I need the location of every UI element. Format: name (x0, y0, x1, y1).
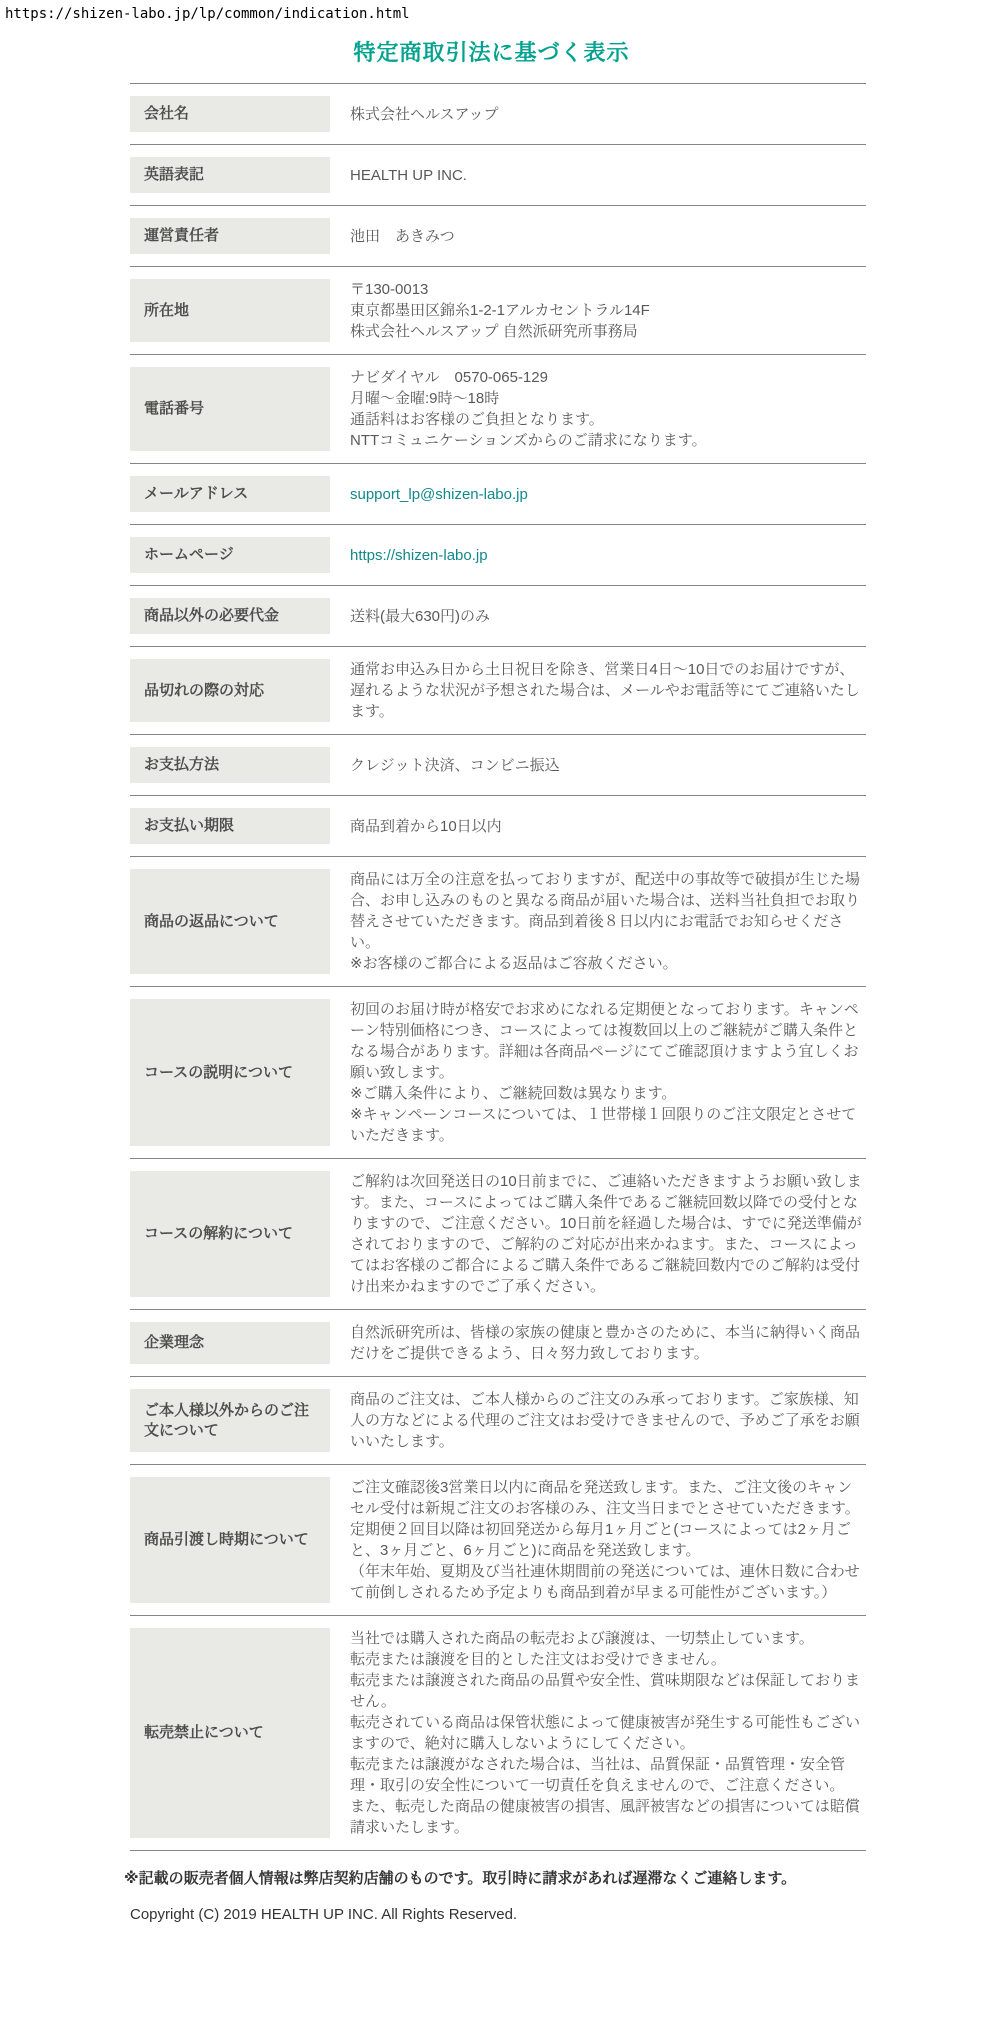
out-of-stock-value: 通常お申込み日から土日祝日を除き、営業日4日〜10日でのお届けですが、遅れるよう… (350, 659, 862, 722)
company-name-value: 株式会社ヘルスアップ (350, 104, 499, 125)
table-row-payment-method: お支払方法 クレジット決済、コンビニ振込 (130, 734, 866, 795)
row-label: 会社名 (130, 96, 330, 132)
row-value: 池田 あきみつ (330, 218, 866, 254)
row-value: 自然派研究所は、皆様の家族の健康と豊かさのために、本当に納得いく商品だけをご提供… (330, 1322, 866, 1364)
row-value: 商品のご注文は、ご本人様からのご注文のみ承っております。ご家族様、知人の方などに… (330, 1389, 866, 1452)
row-label: メールアドレス (130, 476, 330, 512)
row-value: HEALTH UP INC. (330, 157, 866, 193)
row-value: 当社では購入された商品の転売および譲渡は、一切禁止しています。 転売または譲渡を… (330, 1628, 866, 1838)
table-row-third-party-orders: ご本人様以外からのご注文について 商品のご注文は、ご本人様からのご注文のみ承って… (130, 1376, 866, 1464)
row-value: 初回のお届け時が格安でお求めになれる定期便となっております。キャンペーン特別価格… (330, 999, 866, 1146)
row-label: 英語表記 (130, 157, 330, 193)
english-name-value: HEALTH UP INC. (350, 165, 467, 186)
email-link[interactable]: support_lp@shizen-labo.jp (350, 484, 528, 505)
row-value: 商品には万全の注意を払っておりますが、配送中の事故等で破損が生じた場合、お申し込… (330, 869, 866, 974)
table-row-corporate-philosophy: 企業理念 自然派研究所は、皆様の家族の健康と豊かさのために、本当に納得いく商品だ… (130, 1309, 866, 1376)
row-label: コースの説明について (130, 999, 330, 1146)
row-label: 企業理念 (130, 1322, 330, 1364)
row-label: ご本人様以外からのご注文について (130, 1389, 330, 1452)
row-value: クレジット決済、コンビニ振込 (330, 747, 866, 783)
row-label: ホームページ (130, 537, 330, 573)
row-value: 送料(最大630円)のみ (330, 598, 866, 634)
row-value: 商品到着から10日以内 (330, 808, 866, 844)
row-label: 商品の返品について (130, 869, 330, 974)
table-row-company-name: 会社名 株式会社ヘルスアップ (130, 83, 866, 144)
table-row-resale-prohibition: 転売禁止について 当社では購入された商品の転売および譲渡は、一切禁止しています。… (130, 1615, 866, 1850)
row-value: support_lp@shizen-labo.jp (330, 476, 866, 512)
indication-table: 会社名 株式会社ヘルスアップ 英語表記 HEALTH UP INC. 運営責任者… (130, 83, 866, 1851)
seller-info-footnote: ※記載の販売者個人情報は弊店契約店舗のものです。取引時に請求があれば遅滞なくご連… (124, 1867, 983, 1888)
resale-prohibition-value: 当社では購入された商品の転売および譲渡は、一切禁止しています。 転売または譲渡を… (350, 1628, 862, 1838)
extra-fees-value: 送料(最大630円)のみ (350, 606, 490, 627)
row-label: 商品以外の必要代金 (130, 598, 330, 634)
returns-value: 商品には万全の注意を払っておりますが、配送中の事故等で破損が生じた場合、お申し込… (350, 869, 862, 974)
table-row-out-of-stock: 品切れの際の対応 通常お申込み日から土日祝日を除き、営業日4日〜10日でのお届け… (130, 646, 866, 734)
row-value: ナビダイヤル 0570-065-129 月曜〜金曜:9時〜18時 通話料はお客様… (330, 367, 866, 451)
payment-method-value: クレジット決済、コンビニ振込 (350, 755, 560, 776)
table-row-delivery-time: 商品引渡し時期について ご注文確認後3営業日以内に商品を発送致します。また、ご注… (130, 1464, 866, 1615)
row-value: 〒130-0013 東京都墨田区錦糸1-2-1アルカセントラル14F 株式会社ヘ… (330, 279, 866, 342)
table-row-course-cancellation: コースの解約について ご解約は次回発送日の10日前までに、ご連絡いただきますよう… (130, 1158, 866, 1309)
homepage-link[interactable]: https://shizen-labo.jp (350, 545, 488, 566)
copyright-text: Copyright (C) 2019 HEALTH UP INC. All Ri… (130, 1906, 983, 1923)
row-label: 品切れの際の対応 (130, 659, 330, 722)
row-label: 商品引渡し時期について (130, 1477, 330, 1603)
table-row-extra-fees: 商品以外の必要代金 送料(最大630円)のみ (130, 585, 866, 646)
address-value: 〒130-0013 東京都墨田区錦糸1-2-1アルカセントラル14F 株式会社ヘ… (350, 279, 650, 342)
payment-deadline-value: 商品到着から10日以内 (350, 816, 502, 837)
row-label: お支払方法 (130, 747, 330, 783)
row-value: 通常お申込み日から土日祝日を除き、営業日4日〜10日でのお届けですが、遅れるよう… (330, 659, 866, 722)
table-row-phone: 電話番号 ナビダイヤル 0570-065-129 月曜〜金曜:9時〜18時 通話… (130, 354, 866, 463)
table-row-homepage: ホームページ https://shizen-labo.jp (130, 524, 866, 585)
manager-value: 池田 あきみつ (350, 226, 455, 247)
row-label: 運営責任者 (130, 218, 330, 254)
url-note: https://shizen-labo.jp/lp/common/indicat… (0, 0, 983, 22)
row-value: ご注文確認後3営業日以内に商品を発送致します。また、ご注文後のキャンセル受付は新… (330, 1477, 866, 1603)
row-label: 電話番号 (130, 367, 330, 451)
table-row-course-description: コースの説明について 初回のお届け時が格安でお求めになれる定期便となっております… (130, 986, 866, 1158)
page-container: https://shizen-labo.jp/lp/common/indicat… (0, 0, 983, 2025)
row-value: https://shizen-labo.jp (330, 537, 866, 573)
table-row-english-name: 英語表記 HEALTH UP INC. (130, 144, 866, 205)
phone-value: ナビダイヤル 0570-065-129 月曜〜金曜:9時〜18時 通話料はお客様… (350, 367, 707, 451)
row-label: 所在地 (130, 279, 330, 342)
table-row-address: 所在地 〒130-0013 東京都墨田区錦糸1-2-1アルカセントラル14F 株… (130, 266, 866, 354)
third-party-orders-value: 商品のご注文は、ご本人様からのご注文のみ承っております。ご家族様、知人の方などに… (350, 1389, 862, 1452)
page-title: 特定商取引法に基づく表示 (0, 36, 983, 67)
row-value: ご解約は次回発送日の10日前までに、ご連絡いただきますようお願い致します。また、… (330, 1171, 866, 1297)
delivery-time-value: ご注文確認後3営業日以内に商品を発送致します。また、ご注文後のキャンセル受付は新… (350, 1477, 862, 1603)
row-value: 株式会社ヘルスアップ (330, 96, 866, 132)
row-label: お支払い期限 (130, 808, 330, 844)
row-label: コースの解約について (130, 1171, 330, 1297)
course-description-value: 初回のお届け時が格安でお求めになれる定期便となっております。キャンペーン特別価格… (350, 999, 862, 1146)
table-row-email: メールアドレス support_lp@shizen-labo.jp (130, 463, 866, 524)
table-row-payment-deadline: お支払い期限 商品到着から10日以内 (130, 795, 866, 856)
table-row-returns: 商品の返品について 商品には万全の注意を払っておりますが、配送中の事故等で破損が… (130, 856, 866, 986)
table-row-manager: 運営責任者 池田 あきみつ (130, 205, 866, 266)
course-cancellation-value: ご解約は次回発送日の10日前までに、ご連絡いただきますようお願い致します。また、… (350, 1171, 862, 1297)
corporate-philosophy-value: 自然派研究所は、皆様の家族の健康と豊かさのために、本当に納得いく商品だけをご提供… (350, 1322, 862, 1364)
row-label: 転売禁止について (130, 1628, 330, 1838)
